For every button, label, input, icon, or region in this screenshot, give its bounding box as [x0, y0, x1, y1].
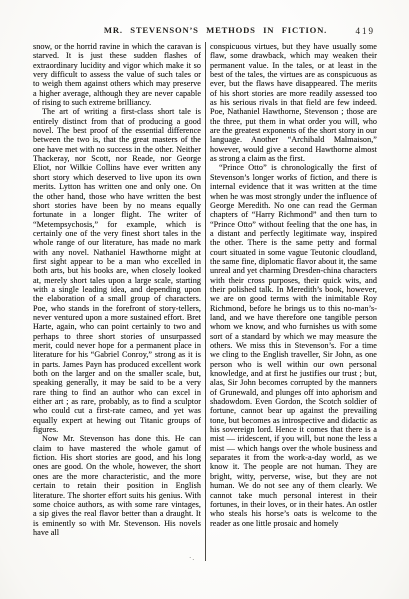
page-number: 419: [356, 26, 376, 36]
ink-speck-artifact: ·.: [189, 554, 195, 562]
paragraph: conspicuous virtues, but they have usual…: [210, 42, 377, 163]
paragraph: “Prince Otto” is chronologically the fir…: [210, 163, 377, 527]
text-column-left: snow, or the horrid ravine in which the …: [33, 42, 201, 562]
column-rule: [205, 42, 206, 561]
paragraph: Now Mr. Stevenson has done this. He can …: [33, 434, 201, 537]
running-header: MR. STEVENSON’S METHODS IN FICTION. 419: [33, 25, 378, 38]
text-columns: snow, or the horrid ravine in which the …: [33, 42, 378, 562]
page-title: MR. STEVENSON’S METHODS IN FICTION.: [95, 25, 336, 35]
book-page: MR. STEVENSON’S METHODS IN FICTION. 419 …: [0, 0, 409, 599]
text-column-right: conspicuous virtues, but they have usual…: [210, 42, 377, 562]
paragraph: The art of writing a first-class short t…: [33, 107, 201, 434]
paragraph: snow, or the horrid ravine in which the …: [33, 42, 201, 107]
